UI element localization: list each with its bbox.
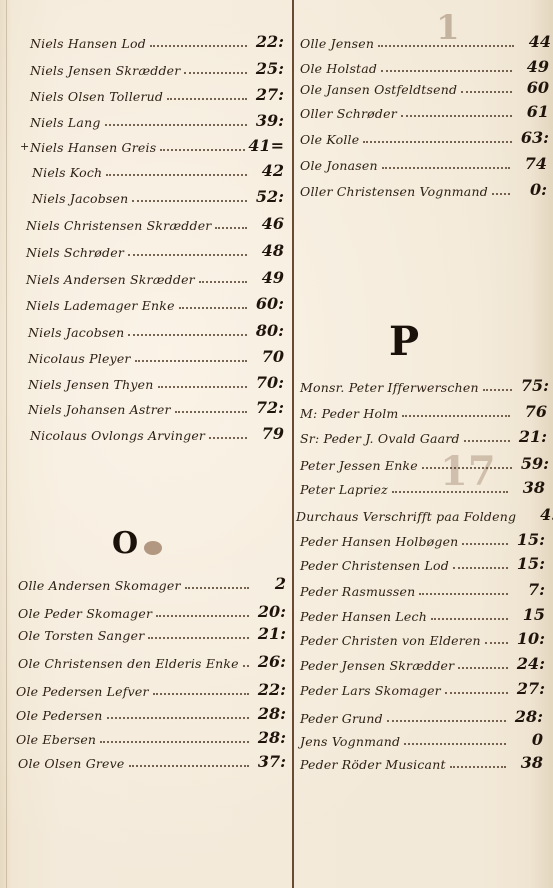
dot-leader (215, 226, 247, 229)
index-entry: Ole Pedersen28: (16, 700, 286, 722)
dot-leader (129, 764, 249, 767)
page-number: 4: (523, 507, 553, 523)
page-number: 21: (252, 626, 286, 642)
dot-leader (184, 71, 247, 74)
page-number: 75: (515, 378, 549, 394)
page-number: 61 (515, 104, 549, 120)
section-heading-p: P (389, 318, 419, 365)
page-number: 48 (250, 243, 284, 259)
index-entry: Peder Christen von Elderen10: (300, 625, 545, 647)
index-entry: Niels Hansen Lod22: (30, 28, 284, 50)
index-entry: Ole Ebersen28: (16, 724, 286, 746)
index-entry: Jens Vognmand0 (300, 726, 543, 748)
page-edge (6, 0, 7, 888)
index-entry: Niels Christensen Skrædder46 (26, 210, 284, 232)
dot-leader (382, 166, 510, 169)
page-number: 20: (252, 604, 286, 620)
page-number: 63: (515, 130, 549, 146)
page-number: 46 (250, 216, 284, 232)
page-number: 0 (509, 732, 543, 748)
index-entry: Peder Jensen Skrædder24: (300, 650, 545, 672)
index-entry: Durchaus Verschrifft paa Foldeng4: (296, 501, 545, 523)
index-entry: Oller Schrøder61 (300, 98, 549, 120)
index-entry: Ole Christensen den Elderis Enke26: (18, 648, 286, 670)
page-number: 60: (250, 296, 284, 312)
dot-leader (363, 140, 512, 143)
page-number: 0: (513, 182, 547, 198)
index-entry: Nicolaus Ovlongs Arvinger79 (30, 420, 284, 442)
page-number: 80: (250, 323, 284, 339)
dot-leader (445, 691, 508, 694)
page-number: 28: (252, 730, 286, 746)
page-number: 26: (252, 654, 286, 670)
dot-leader (422, 466, 512, 469)
page-number: 25: (250, 61, 284, 77)
index-entry: Peder Röder Musicant38 (300, 749, 543, 771)
index-entry: Monsr. Peter Ifferwerschen75: (300, 372, 549, 394)
index-entry: Peder Hansen Lech15 (300, 601, 545, 623)
dot-leader (158, 385, 247, 388)
dot-leader (492, 192, 510, 195)
index-entry: Niels Jacobsen52: (32, 183, 284, 205)
page-number: 70: (250, 375, 284, 391)
page-number: 2 (252, 576, 286, 592)
ink-stain (144, 541, 162, 555)
page-number: 24: (511, 656, 545, 672)
dot-leader (156, 614, 249, 617)
index-entry: Peter Lapriez38 (300, 474, 545, 496)
page-number: 49 (515, 59, 549, 75)
index-entry: Niels Olsen Tollerud27: (30, 81, 284, 103)
page-number: 38 (509, 755, 543, 771)
cross-mark: + (20, 141, 29, 152)
index-entry: Peter Jessen Enke59: (300, 450, 549, 472)
index-entry: Niels Jensen Skrædder25: (30, 55, 284, 77)
dot-leader (175, 410, 247, 413)
page-number: 22: (250, 34, 284, 50)
page-number: 79 (250, 426, 284, 442)
column-divider (292, 0, 294, 888)
page-number: 15 (511, 607, 545, 623)
index-entry: Niels Lang39: (30, 107, 284, 129)
dot-leader (392, 490, 508, 493)
manuscript-page: 1 17 Niels Hansen Lod22: Niels Jensen Sk… (0, 0, 553, 888)
page-number: 28: (509, 709, 543, 725)
page-number: 37: (252, 754, 286, 770)
section-heading-o: O (112, 526, 138, 561)
dot-leader (107, 716, 249, 719)
index-entry: Niels Jensen Thyen70: (28, 369, 284, 391)
index-entry: Ole Torsten Sanger21: (18, 620, 286, 642)
dot-leader (450, 765, 506, 768)
index-entry: Peder Grund28: (300, 703, 543, 725)
page-number: 15: (511, 532, 545, 548)
index-entry: +Niels Hansen Greis41= (30, 132, 284, 154)
dot-leader (387, 719, 506, 722)
page-number: 41= (248, 138, 284, 154)
dot-leader (453, 566, 508, 569)
index-entry: Ole Jansen Ostfeldtsend60 (300, 74, 549, 96)
dot-leader (179, 306, 247, 309)
dot-leader (402, 414, 510, 417)
page-number: 27: (250, 87, 284, 103)
index-entry: Sr: Peder J. Ovald Gaard21: (300, 423, 547, 445)
index-entry: Niels Schrøder48 (26, 237, 284, 259)
index-entry: Niels Johansen Astrer72: (28, 394, 284, 416)
dot-leader (243, 664, 249, 667)
page-number: 42 (250, 163, 284, 179)
page-number: 74 (513, 156, 547, 172)
page-number: 44 (517, 34, 551, 50)
dot-leader (167, 97, 247, 100)
index-entry: Peder Lars Skomager27: (300, 675, 545, 697)
dot-leader (419, 592, 508, 595)
index-entry: Olle Andersen Skomager2 (18, 570, 286, 592)
dot-leader (100, 740, 249, 743)
dot-leader (461, 90, 512, 93)
index-entry: Ole Holstad49 (300, 53, 549, 75)
dot-leader (381, 69, 512, 72)
dot-leader (185, 586, 249, 589)
dot-leader (462, 542, 508, 545)
index-entry: Ole Olsen Greve37: (18, 748, 286, 770)
page-number: 10: (511, 631, 545, 647)
dot-leader (401, 114, 512, 117)
page-number: 49 (250, 270, 284, 286)
page-number: 70 (250, 349, 284, 365)
dot-leader (105, 123, 247, 126)
page-number: 38 (511, 480, 545, 496)
dot-leader (485, 641, 508, 644)
dot-leader (378, 44, 514, 47)
page-number: 60 (515, 80, 549, 96)
dot-leader (404, 742, 506, 745)
index-entry: M: Peder Holm76 (300, 398, 547, 420)
page-number: 7: (511, 582, 545, 598)
dot-leader (128, 333, 247, 336)
dot-leader (128, 253, 247, 256)
page-number: 39: (250, 113, 284, 129)
dot-leader (483, 388, 512, 391)
index-entry: Peder Christensen Lod15: (300, 550, 545, 572)
index-entry: Nicolaus Pleyer70 (28, 343, 284, 365)
index-entry: Ole Jonasen74 (300, 150, 547, 172)
dot-leader (431, 617, 508, 620)
dot-leader (153, 692, 249, 695)
index-entry: Ole Peder Skomager20: (18, 598, 286, 620)
dot-leader (148, 636, 249, 639)
dot-leader (464, 439, 510, 442)
index-entry: Niels Andersen Skrædder49 (26, 264, 284, 286)
index-entry: Peder Hansen Holbøgen15: (300, 526, 545, 548)
page-number: 59: (515, 456, 549, 472)
dot-leader (209, 436, 247, 439)
index-entry: Niels Jacobsen80: (28, 317, 284, 339)
index-entry: Niels Lademager Enke60: (26, 290, 284, 312)
dot-leader (132, 199, 247, 202)
dot-leader (106, 173, 247, 176)
page-number: 72: (250, 400, 284, 416)
index-entry: Ole Pedersen Lefver22: (16, 676, 286, 698)
index-entry: Olle Jensen44 (300, 28, 551, 50)
page-number: 76 (513, 404, 547, 420)
dot-leader (199, 280, 247, 283)
page-number: 27: (511, 681, 545, 697)
dot-leader (135, 359, 247, 362)
dot-leader (160, 148, 245, 151)
index-entry: Ole Kolle63: (300, 124, 549, 146)
index-entry: Peder Rasmussen7: (300, 576, 545, 598)
page-number: 15: (511, 556, 545, 572)
index-entry: Oller Christensen Vognmand0: (300, 176, 547, 198)
page-number: 52: (250, 189, 284, 205)
page-number: 28: (252, 706, 286, 722)
dot-leader (458, 666, 508, 669)
page-number: 21: (513, 429, 547, 445)
index-entry: Niels Koch42 (32, 157, 284, 179)
dot-leader (150, 44, 247, 47)
page-number: 22: (252, 682, 286, 698)
